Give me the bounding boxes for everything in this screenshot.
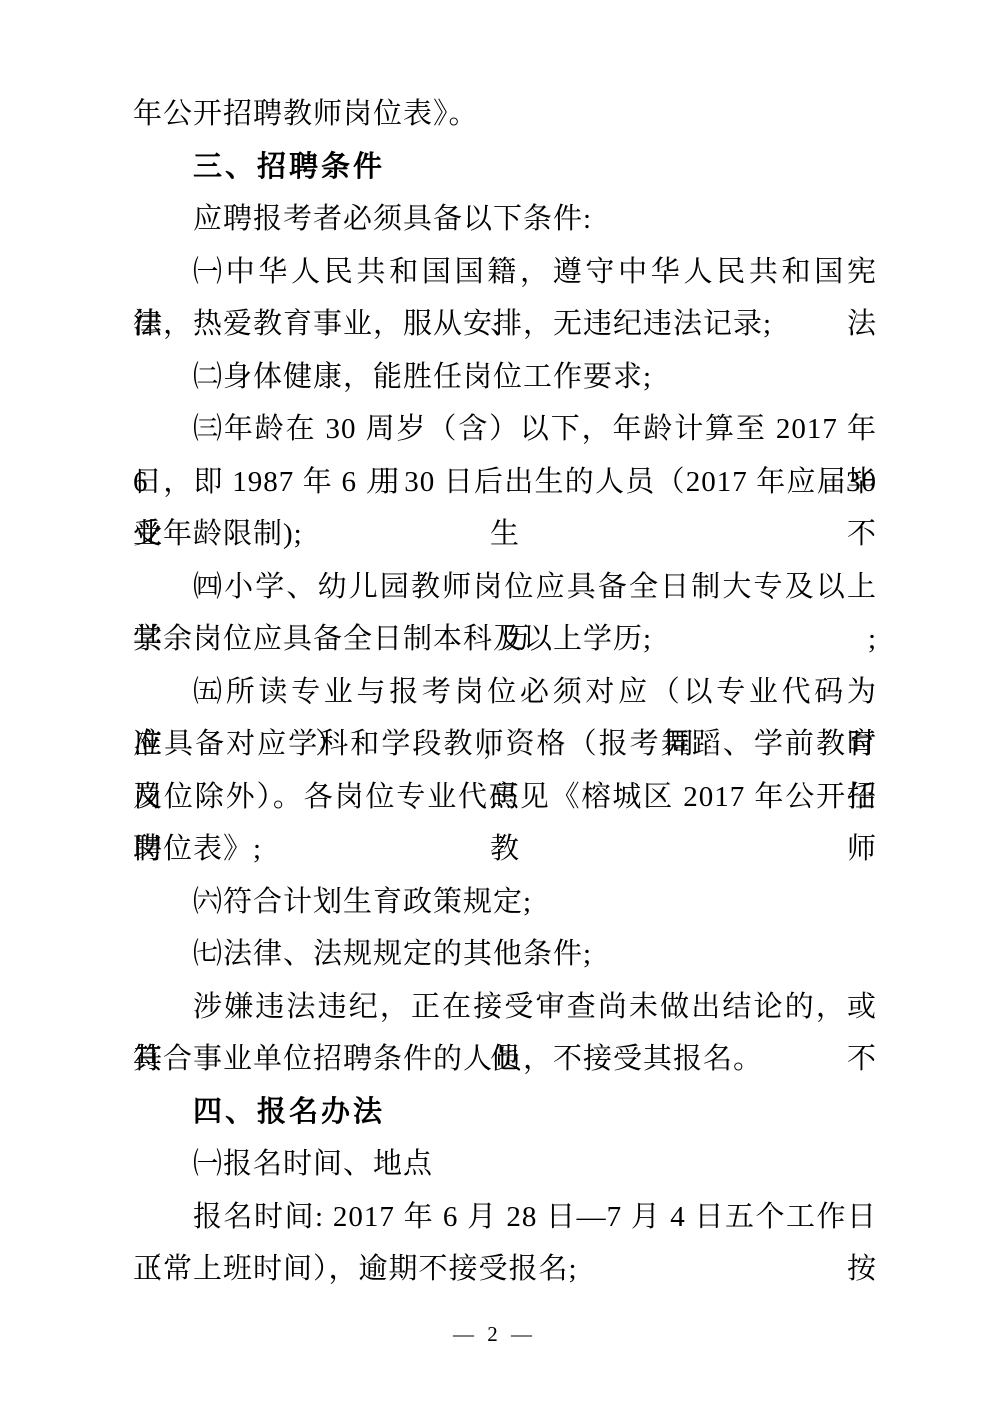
text-line: ㈠中华人民共和国国籍，遵守中华人民共和国宪法、法 [133, 246, 877, 299]
section-heading: 三、招聘条件 [133, 141, 877, 194]
document-page: 年公开招聘教师岗位表》。三、招聘条件应聘报考者必须具备以下条件:㈠中华人民共和国… [0, 0, 989, 1402]
text-line: ㈠报名时间、地点 [133, 1138, 877, 1191]
document-lines: 年公开招聘教师岗位表》。三、招聘条件应聘报考者必须具备以下条件:㈠中华人民共和国… [133, 88, 877, 1296]
text-line: ㈢年龄在 30 周岁（含）以下，年龄计算至 2017 年 6 月 30 [133, 403, 877, 456]
text-line: 岗位除外）。各岗位专业代码见《榕城区 2017 年公开招聘教师 [133, 771, 877, 824]
text-line: ㈡身体健康，能胜任岗位工作要求; [133, 351, 877, 404]
section-heading: 四、报名办法 [133, 1086, 877, 1139]
page-number: — 2 — [0, 1322, 989, 1347]
text-line: ㈤所读专业与报考岗位必须对应（以专业代码为准），同时 [133, 666, 877, 719]
text-line: 日，即 1987 年 6 月 30 日后出生的人员（2017 年应届毕业生不 [133, 456, 877, 509]
text-line: 涉嫌违法违纪，正在接受审查尚未做出结论的，或其他不 [133, 981, 877, 1034]
text-line: 报名时间: 2017 年 6 月 28 日—7 月 4 日五个工作日（按 [133, 1191, 877, 1244]
text-line: ㈣小学、幼儿园教师岗位应具备全日制大专及以上学历; [133, 561, 877, 614]
text-line: 应聘报考者必须具备以下条件: [133, 193, 877, 246]
text-line: ㈦法律、法规规定的其他条件; [133, 928, 877, 981]
text-line: 应具备对应学科和学段教师资格（报考舞蹈、学前教育及烹任 [133, 718, 877, 771]
text-line: 年公开招聘教师岗位表》。 [133, 88, 877, 141]
text-line: ㈥符合计划生育政策规定; [133, 876, 877, 929]
text-line: 律，热爱教育事业，服从安排，无违纪违法记录; [133, 298, 877, 351]
